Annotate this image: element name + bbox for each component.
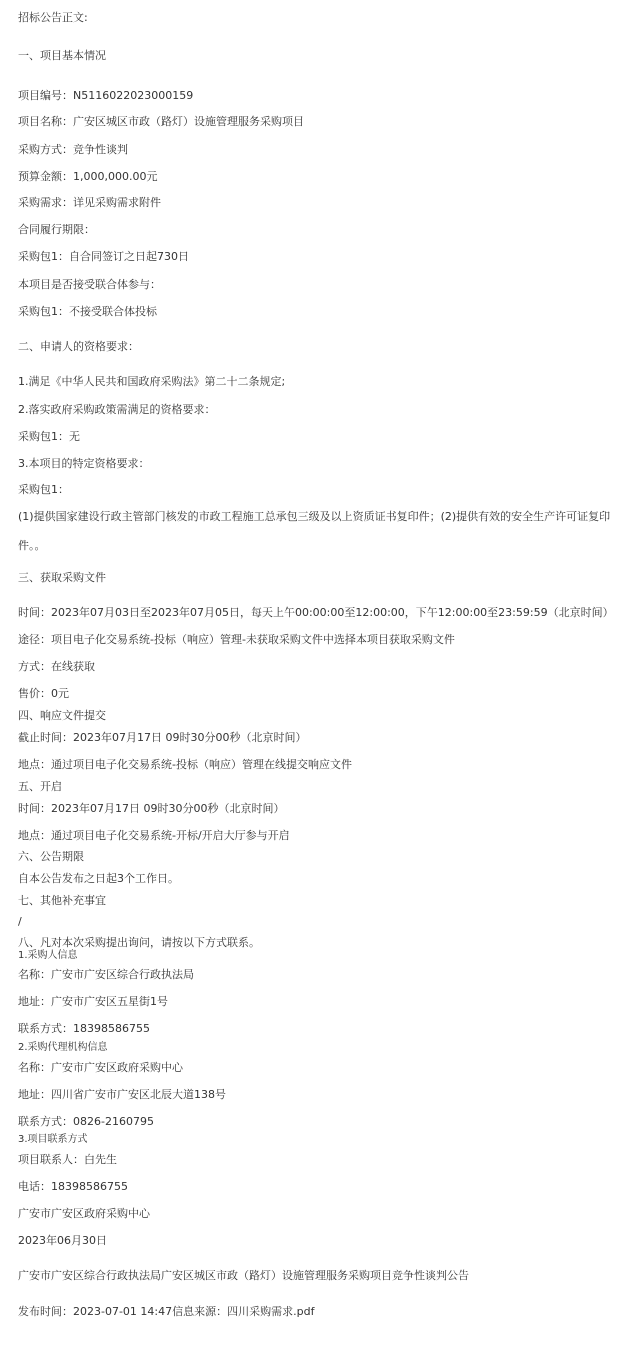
signature-org: 广安市广安区政府采购中心 bbox=[18, 1207, 150, 1221]
submission-deadline: 截止时间：2023年07月17日 09时30分00秒（北京时间） bbox=[18, 731, 306, 745]
purchaser-contact: 联系方式：18398586755 bbox=[18, 1022, 150, 1036]
contract-term-label: 合同履行期限： bbox=[18, 223, 95, 237]
opening-place: 地点：通过项目电子化交易系统-开标/开启大厅参与开启 bbox=[18, 829, 290, 843]
purchaser-info-title: 1.采购人信息 bbox=[18, 949, 78, 963]
qualification-item: 3.本项目的特定资格要求： bbox=[18, 457, 150, 471]
qualification-detail: 件。。 bbox=[18, 539, 46, 553]
project-phone: 电话：18398586755 bbox=[18, 1180, 128, 1194]
consortium-package: 采购包1：不接受联合体投标 bbox=[18, 305, 157, 319]
agency-info-title: 2.采购代理机构信息 bbox=[18, 1041, 108, 1055]
other-matters: / bbox=[18, 915, 22, 929]
notice-period: 自本公告发布之日起3个工作日。 bbox=[18, 872, 179, 886]
qualification-package: 采购包1：无 bbox=[18, 430, 80, 444]
section-title: 二、申请人的资格要求： bbox=[18, 340, 139, 354]
agency-contact: 联系方式：0826-2160795 bbox=[18, 1115, 154, 1129]
agency-address: 地址：四川省广安市广安区北辰大道138号 bbox=[18, 1088, 226, 1102]
section-title: 一、项目基本情况 bbox=[18, 49, 106, 63]
section-title: 八、凡对本次采购提出询问，请按以下方式联系。 bbox=[18, 936, 260, 950]
purchaser-name: 名称：广安市广安区综合行政执法局 bbox=[18, 968, 194, 982]
agency-name: 名称：广安市广安区政府采购中心 bbox=[18, 1061, 183, 1075]
qualification-item: 1.满足《中华人民共和国政府采购法》第二十二条规定; bbox=[18, 375, 285, 389]
section-title: 三、获取采购文件 bbox=[18, 571, 106, 585]
document-time: 时间：2023年07月03日至2023年07月05日，每天上午00:00:00至… bbox=[18, 606, 614, 620]
purchaser-address: 地址：广安市广安区五星街1号 bbox=[18, 995, 168, 1009]
section-title: 六、公告期限 bbox=[18, 850, 84, 864]
qualification-package: 采购包1： bbox=[18, 483, 69, 497]
procurement-method: 采购方式：竞争性谈判 bbox=[18, 143, 128, 157]
document-mode: 方式：在线获取 bbox=[18, 660, 95, 674]
opening-time: 时间：2023年07月17日 09时30分00秒（北京时间） bbox=[18, 802, 284, 816]
qualification-item: 2.落实政府采购政策需满足的资格要求： bbox=[18, 403, 216, 417]
document-price: 售价：0元 bbox=[18, 687, 69, 701]
procurement-requirement: 采购需求：详见采购需求附件 bbox=[18, 196, 161, 210]
budget-amount: 预算金额：1,000,000.00元 bbox=[18, 170, 157, 184]
submission-place: 地点：通过项目电子化交易系统-投标（响应）管理在线提交响应文件 bbox=[18, 758, 352, 772]
contract-term-package: 采购包1：自合同签订之日起730日 bbox=[18, 250, 189, 264]
signature-date: 2023年06月30日 bbox=[18, 1234, 107, 1248]
document-route: 途径：项目电子化交易系统-投标（响应）管理-未获取采购文件中选择本项目获取采购文… bbox=[18, 633, 455, 647]
notice-title: 广安市广安区综合行政执法局广安区城区市政（路灯）设施管理服务采购项目竞争性谈判公… bbox=[18, 1269, 469, 1283]
project-contact-title: 3.项目联系方式 bbox=[18, 1133, 88, 1147]
section-title: 七、其他补充事宜 bbox=[18, 894, 106, 908]
section-title: 四、响应文件提交 bbox=[18, 709, 106, 723]
project-name: 项目名称：广安区城区市政（路灯）设施管理服务采购项目 bbox=[18, 115, 304, 129]
document-heading: 招标公告正文: bbox=[18, 11, 88, 25]
qualification-detail: (1)提供国家建设行政主管部门核发的市政工程施工总承包三级及以上资质证书复印件；… bbox=[18, 510, 610, 524]
section-title: 五、开启 bbox=[18, 780, 62, 794]
publish-info: 发布时间：2023-07-01 14:47信息来源：四川采购需求.pdf bbox=[18, 1305, 314, 1319]
project-number: 项目编号：N5116022023000159 bbox=[18, 89, 193, 103]
consortium-label: 本项目是否接受联合体参与： bbox=[18, 278, 161, 292]
project-contact-person: 项目联系人：白先生 bbox=[18, 1153, 117, 1167]
